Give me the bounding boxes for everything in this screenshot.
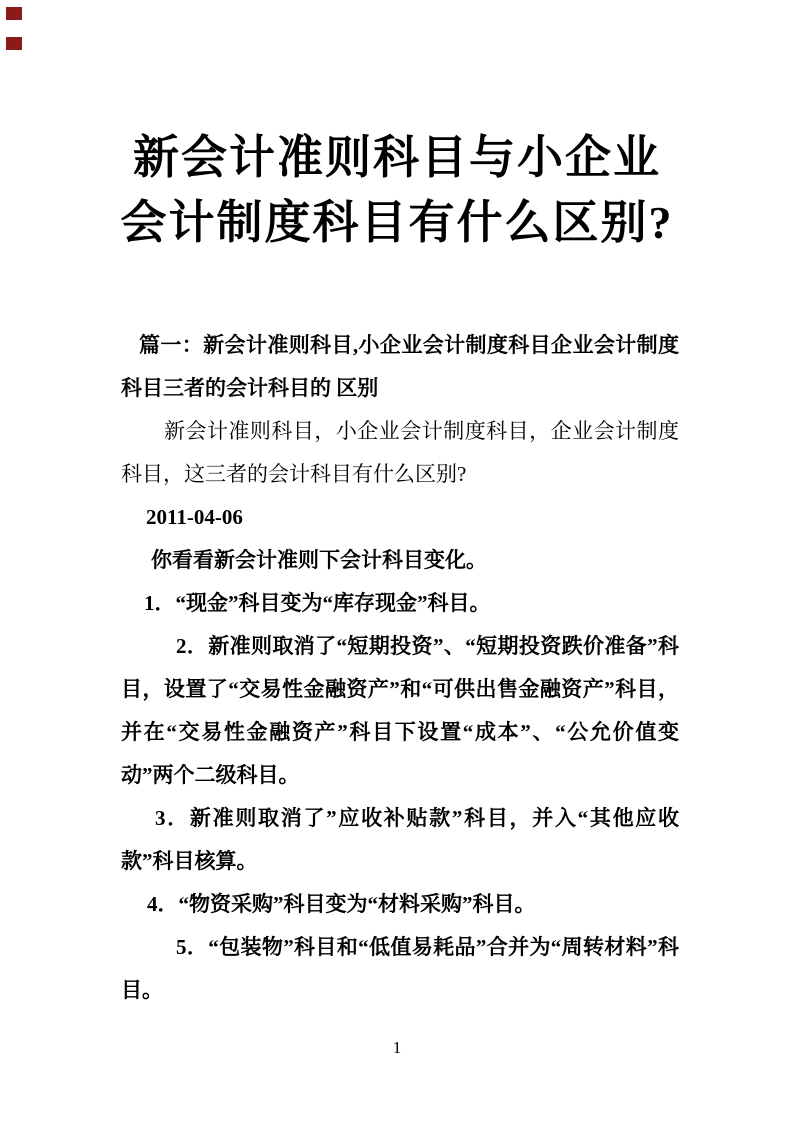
paragraph-date: 2011-04-06 [121, 496, 679, 539]
paragraph-item-4: 4．“物资采购”科目变为“材料采购”科目。 [121, 883, 679, 926]
page-number: 1 [0, 1038, 794, 1058]
paragraph-item-3: 3．新准则取消了”应收补贴款”科目，并入“其他应收款”科目核算。 [121, 797, 679, 883]
corner-mark-bottom [6, 37, 22, 50]
paragraph-item-2: 2．新准则取消了“短期投资”、“短期投资跌价准备”科目，设置了“交易性金融资产”… [121, 625, 679, 797]
document-page: 新会计准则科目与小企业 会计制度科目有什么区别? 篇一：新会计准则科目,小企业会… [0, 0, 794, 1123]
paragraph-item-5: 5．“包装物”科目和“低值易耗品”合并为“周转材料”科目。 [121, 926, 679, 1012]
document-title-line1: 新会计准则科目与小企业 [60, 125, 734, 190]
paragraph-question: 新会计准则科目，小企业会计制度科目，企业会计制度科目，这三者的会计科目有什么区别… [121, 410, 679, 496]
document-title-line2: 会计制度科目有什么区别? [60, 190, 734, 255]
paragraph-item-1: 1．“现金”科目变为“库存现金”科目。 [121, 582, 679, 625]
document-body: 篇一：新会计准则科目,小企业会计制度科目企业会计制度科目三者的会计科目的 区别 … [121, 324, 679, 1012]
paragraph-heading-pian-yi: 篇一：新会计准则科目,小企业会计制度科目企业会计制度科目三者的会计科目的 区别 [121, 324, 679, 410]
paragraph-intro: 你看看新会计准则下会计科目变化。 [121, 539, 679, 582]
corner-mark-top [6, 7, 22, 20]
document-title: 新会计准则科目与小企业 会计制度科目有什么区别? [60, 125, 734, 255]
